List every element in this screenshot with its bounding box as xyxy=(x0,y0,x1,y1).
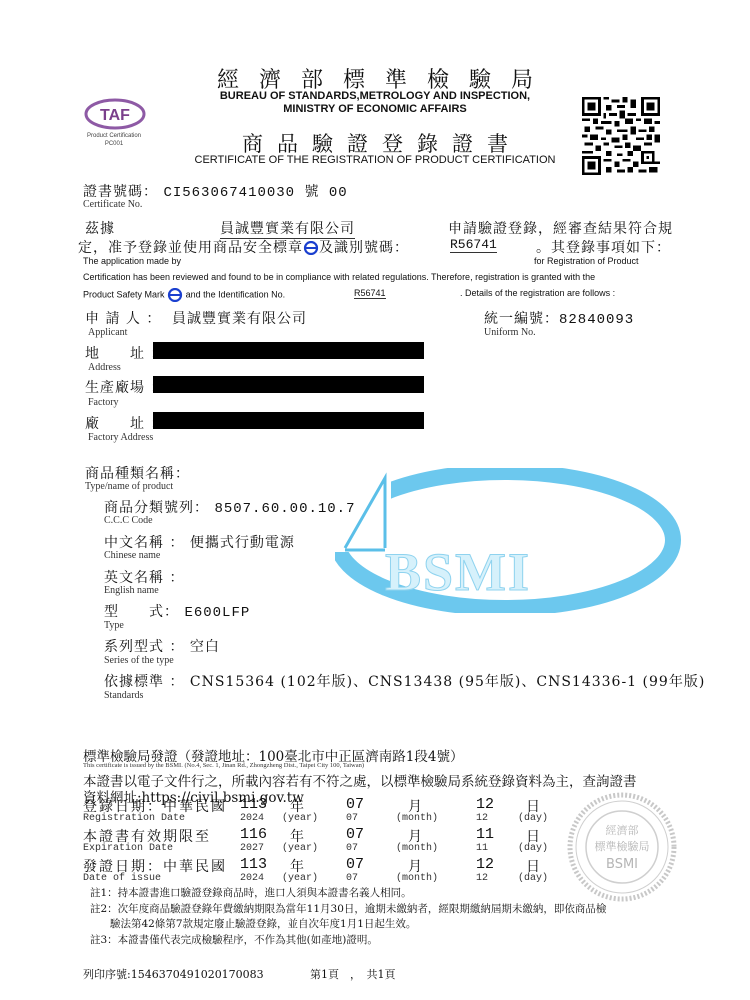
date-month: 07 xyxy=(346,826,364,843)
type-value: E600LFP xyxy=(184,605,250,621)
svg-text:BSMI: BSMI xyxy=(385,542,531,602)
note-2: 註2：次年度商品驗證登錄年費繳納期限為當年11月30日，逾期未繳納者，經限期繳納… xyxy=(90,901,606,916)
date-year-ad: 2027 xyxy=(240,843,264,854)
product-safety-mark-icon xyxy=(167,288,183,302)
svg-text:經濟部: 經濟部 xyxy=(606,823,639,837)
date-day-unit-en: (day) xyxy=(518,873,548,884)
chinese-name-value: 便攜式行動電源 xyxy=(190,535,295,551)
product-safety-mark-icon xyxy=(303,241,319,255)
note-2-cont: 驗法第42條第7款規定廢止驗證登錄，並自次年度1月1日起生效。 xyxy=(110,916,416,931)
issuer-line-en: This certificate is issued by the BSMI. … xyxy=(83,762,364,769)
date-label-en: Expiration Date xyxy=(83,843,173,854)
date-label-en: Date of issue xyxy=(83,873,161,884)
date-month-en: 07 xyxy=(346,843,358,854)
statement-text-2b: 及識別號碼： xyxy=(319,240,409,256)
statement-text-1: 申請驗證登錄，經審查結果符合規 xyxy=(448,218,673,238)
statement-en-1b: for Registration of Product xyxy=(534,256,639,266)
taf-caption-line1: Product Certification xyxy=(74,132,154,140)
chinese-name-label: 中文名稱 ： xyxy=(104,535,184,551)
statement-en-2: Certification has been reviewed and foun… xyxy=(83,272,595,282)
note-3: 註3：本證書僅代表完成檢驗程序，不作為其他(如產地)證明。 xyxy=(90,932,378,947)
svg-text:BSMI: BSMI xyxy=(606,857,638,872)
bsmi-watermark-logo: BSMI xyxy=(335,468,685,613)
chinese-name-label-en: Chinese name xyxy=(104,550,160,561)
certificate-number-row: 證書號碼： CI563067410030 號 00 xyxy=(83,181,348,201)
statement-text-2c: 。其登錄事項如下： xyxy=(536,237,671,257)
english-name-label-en: English name xyxy=(104,585,159,596)
date-year-ad: 2024 xyxy=(240,873,264,884)
statement-en-3: Product Safety Mark and the Identificati… xyxy=(83,288,285,302)
bsmi-seal-icon: 經濟部 標準檢驗局 BSMI xyxy=(560,790,685,905)
series-value: 空白 xyxy=(190,639,220,655)
ccc-code-value: 8507.60.00.10.7 xyxy=(214,501,355,517)
statement-en-1a: The application made by xyxy=(83,256,181,266)
date-month-en: 07 xyxy=(346,813,358,824)
factory-label-en: Factory xyxy=(88,397,119,408)
address-label-en: Address xyxy=(88,362,121,373)
ccc-code-row: 商品分類號列： 8507.60.00.10.7 xyxy=(104,497,355,517)
series-label: 系列型式 ： xyxy=(104,639,184,655)
date-year-unit-en: (year) xyxy=(282,843,318,854)
date-month-unit-en: (month) xyxy=(396,843,438,854)
address-redacted xyxy=(153,342,424,359)
identification-number-zh: R56741 xyxy=(450,237,497,253)
factory-redacted xyxy=(153,376,424,393)
chinese-name-row: 中文名稱 ： 便攜式行動電源 xyxy=(104,532,295,552)
qr-code-icon[interactable] xyxy=(582,97,660,175)
date-day: 12 xyxy=(476,796,494,813)
statement-prefix: 茲據 xyxy=(85,218,115,238)
taf-logo-icon: TAF xyxy=(84,98,146,130)
svg-text:標準檢驗局: 標準檢驗局 xyxy=(595,839,650,853)
statement-en-3b: and the Identification No. xyxy=(186,289,286,299)
date-day-unit-en: (day) xyxy=(518,813,548,824)
note-1: 註1：持本證書進口驗證登錄商品時，進口人須與本證書名義人相同。 xyxy=(90,885,412,900)
certificate-number-label-en: Certificate No. xyxy=(83,199,142,210)
series-label-en: Series of the type xyxy=(104,655,174,666)
date-month-en: 07 xyxy=(346,873,358,884)
taf-caption: Product Certification PC001 xyxy=(74,132,154,148)
english-name-label: 英文名稱 ： xyxy=(104,570,184,586)
uniform-number-label-en: Uniform No. xyxy=(484,327,536,338)
standards-row: 依據標準 ： CNS15364 (102年版)、CNS13438 (95年版)、… xyxy=(104,671,705,691)
identification-number-en: R56741 xyxy=(354,288,386,299)
svg-text:TAF: TAF xyxy=(100,107,130,124)
certificate-number-label: 證書號碼： xyxy=(83,184,158,200)
statement-en-3a: Product Safety Mark xyxy=(83,289,165,299)
date-month: 07 xyxy=(346,796,364,813)
taf-caption-line2: PC001 xyxy=(74,140,154,148)
standards-label-en: Standards xyxy=(104,690,143,701)
date-day-en: 12 xyxy=(476,813,488,824)
date-year-unit-en: (year) xyxy=(282,813,318,824)
factory-address-redacted xyxy=(153,412,424,429)
type-row: 型 式： E600LFP xyxy=(104,601,250,621)
date-month: 07 xyxy=(346,856,364,873)
type-label: 型 式： xyxy=(104,604,179,620)
date-roc-year: 116 xyxy=(240,826,267,843)
date-day-en: 11 xyxy=(476,843,488,854)
print-serial: 列印序號:1546370491020170083 xyxy=(83,966,264,982)
standards-value: CNS15364 (102年版)、CNS13438 (95年版)、CNS1433… xyxy=(190,674,705,690)
uniform-number-value: 82840093 xyxy=(559,312,634,328)
series-row: 系列型式 ： 空白 xyxy=(104,636,220,656)
date-day: 11 xyxy=(476,826,494,843)
date-year-unit-en: (year) xyxy=(282,873,318,884)
date-day-unit-en: (day) xyxy=(518,843,548,854)
statement-en-3c: . Details of the registration are follow… xyxy=(460,288,615,298)
date-day-en: 12 xyxy=(476,873,488,884)
factory-address-label-en: Factory Address xyxy=(88,432,153,443)
ccc-code-label: 商品分類號列： xyxy=(104,500,209,516)
product-section-label-en: Type/name of product xyxy=(85,481,173,492)
date-month-unit-en: (month) xyxy=(396,813,438,824)
type-label-en: Type xyxy=(104,620,124,631)
date-day: 12 xyxy=(476,856,494,873)
applicant-label: 申 請 人 ： xyxy=(85,308,161,328)
page-indicator: 第1頁 ， 共1頁 xyxy=(310,966,396,982)
statement-text-2a: 定，准予登錄並使用商品安全標章 xyxy=(78,240,303,256)
certificate-number-value: CI563067410030 號 00 xyxy=(163,185,347,201)
statement-line2: 定，准予登錄並使用商品安全標章及識別號碼： xyxy=(78,237,409,257)
english-name-row: 英文名稱 ： xyxy=(104,567,184,587)
date-roc-year: 113 xyxy=(240,796,267,813)
applicant-value: 員誠豐實業有限公司 xyxy=(172,308,307,328)
date-year-ad: 2024 xyxy=(240,813,264,824)
uniform-number-label: 統一編號： xyxy=(484,311,559,327)
statement-company: 員誠豐實業有限公司 xyxy=(220,218,355,239)
uniform-number-row: 統一編號：82840093 xyxy=(484,308,634,328)
product-section-label: 商品種類名稱： xyxy=(85,463,190,483)
date-label-en: Registration Date xyxy=(83,813,185,824)
date-roc-year: 113 xyxy=(240,856,267,873)
date-month-unit-en: (month) xyxy=(396,873,438,884)
ccc-code-label-en: C.C.C Code xyxy=(104,515,153,526)
applicant-label-en: Applicant xyxy=(88,327,127,338)
standards-label: 依據標準 ： xyxy=(104,674,184,690)
